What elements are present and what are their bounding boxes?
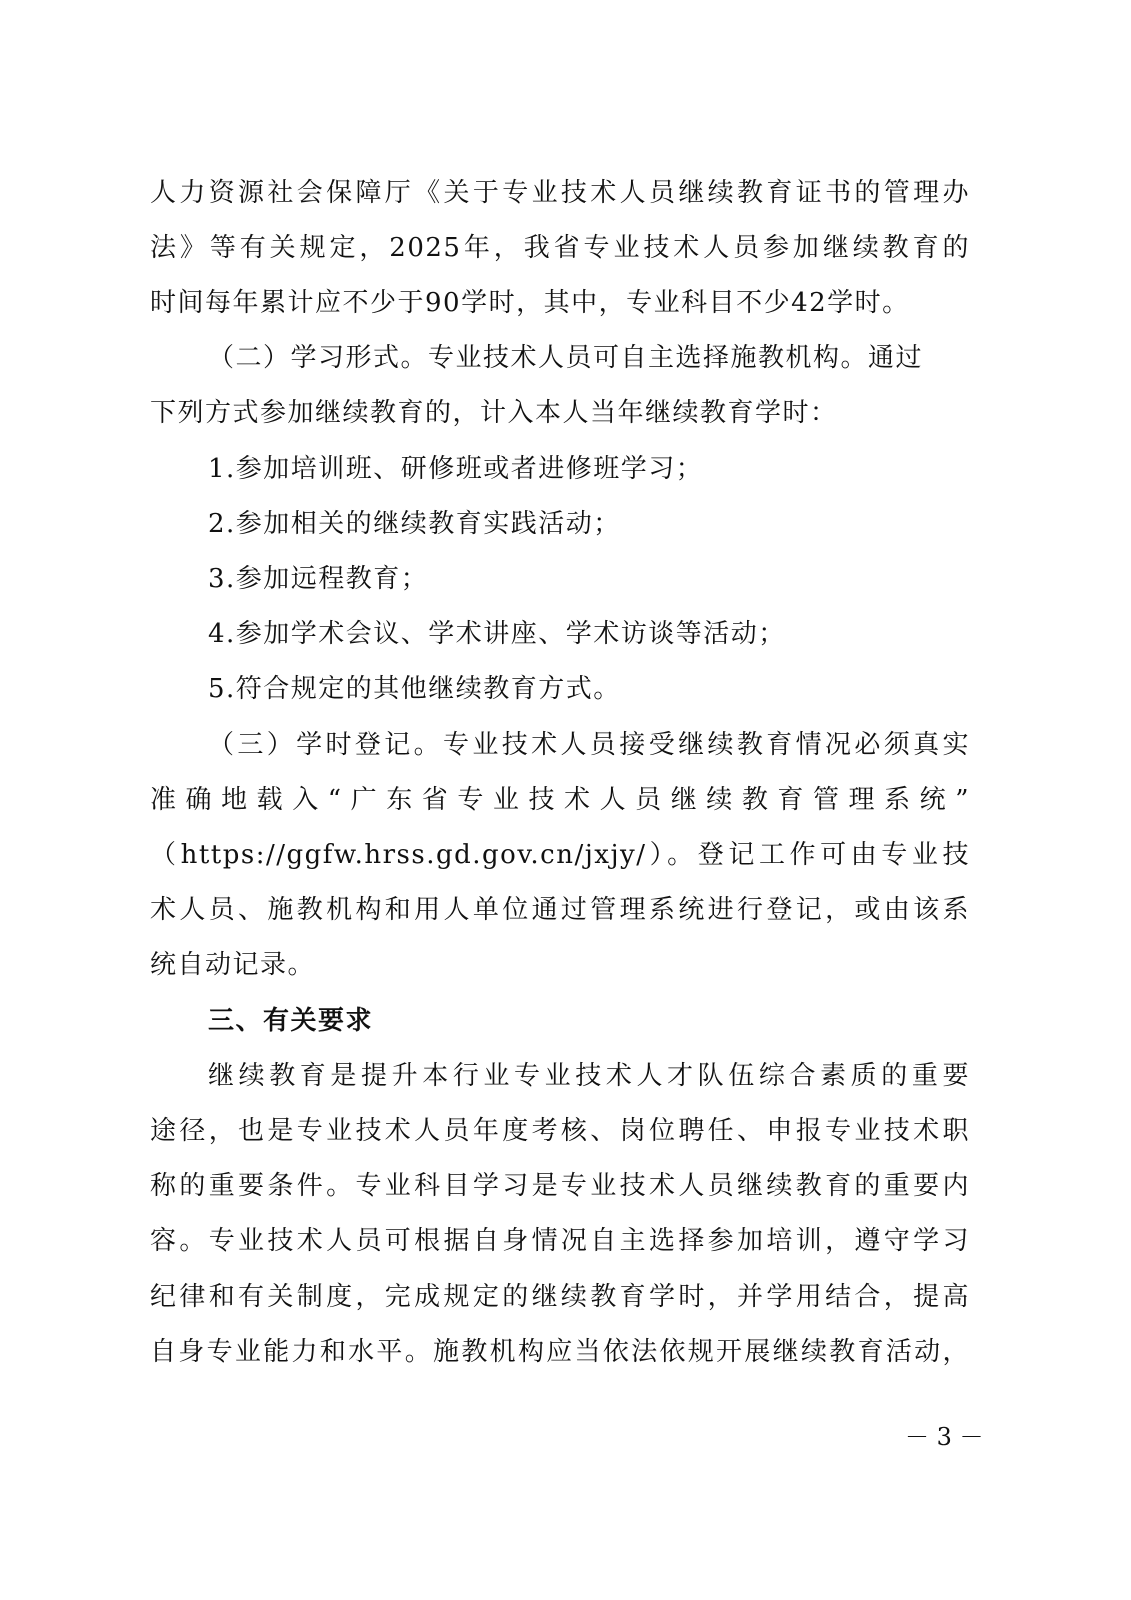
list-item-5: 5.符合规定的其他继续教育方式。 [208, 672, 1028, 706]
paragraph-line: 人力资源社会保障厅《关于专业技术人员继续教育证书的管理办 [150, 176, 970, 210]
list-item-1: 1.参加培训班、研修班或者进修班学习； [208, 452, 1028, 486]
paragraph-line: 容。专业技术人员可根据自身情况自主选择参加培训，遵守学习 [150, 1224, 970, 1258]
paragraph-line: 途径，也是专业技术人员年度考核、岗位聘任、申报专业技术职 [150, 1114, 970, 1148]
list-item-4: 4.参加学术会议、学术讲座、学术访谈等活动； [208, 617, 1028, 651]
paragraph-line: 继续教育是提升本行业专业技术人才队伍综合素质的重要 [208, 1059, 970, 1093]
paragraph-line: 术人员、施教机构和用人单位通过管理系统进行登记，或由该系 [150, 893, 970, 927]
paragraph-line: 准确地载入“广东省专业技术人员继续教育管理系统” [150, 783, 970, 817]
paragraph-line: 时间每年累计应不少于90学时，其中，专业科目不少42学时。 [150, 286, 970, 320]
paragraph-line: 下列方式参加继续教育的，计入本人当年继续教育学时： [150, 396, 970, 430]
url-line: （https://ggfw.hrss.gd.gov.cn/jxjy/）。登记工作… [150, 838, 970, 872]
section-3-heading-line: （三）学时登记。专业技术人员接受继续教育情况必须真实 [208, 728, 970, 762]
paragraph-line: 统自动记录。 [150, 948, 970, 982]
document-page: 人力资源社会保障厅《关于专业技术人员继续教育证书的管理办 法》等有关规定，202… [0, 0, 1131, 1600]
section-2-heading-line: （二）学习形式。专业技术人员可自主选择施教机构。通过 [208, 341, 970, 375]
page-number: － 3 － [905, 1422, 984, 1452]
paragraph-line: 法》等有关规定，2025年，我省专业技术人员参加继续教育的 [150, 231, 970, 265]
paragraph-line: 自身专业能力和水平。施教机构应当依法依规开展继续教育活动， [150, 1335, 970, 1369]
list-item-3: 3.参加远程教育； [208, 562, 1028, 596]
section-heading: 三、有关要求 [208, 1004, 1028, 1038]
list-item-2: 2.参加相关的继续教育实践活动； [208, 507, 1028, 541]
paragraph-line: 称的重要条件。专业科目学习是专业技术人员继续教育的重要内 [150, 1169, 970, 1203]
paragraph-line: 纪律和有关制度，完成规定的继续教育学时，并学用结合，提高 [150, 1280, 970, 1314]
